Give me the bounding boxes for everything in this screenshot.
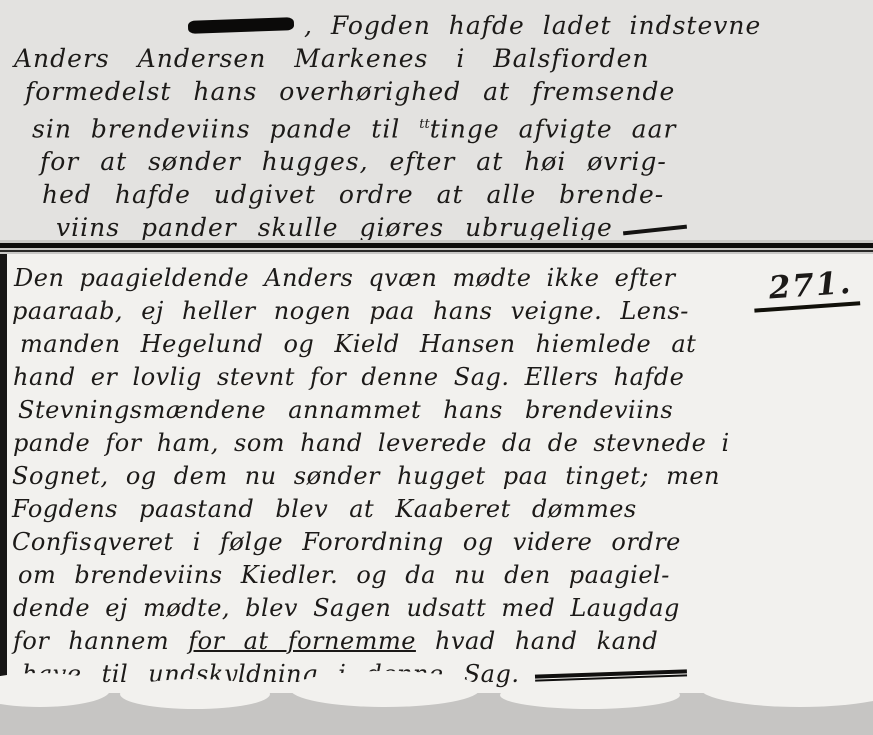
paper-edge-bump [500, 681, 680, 709]
handwriting-text: Sognet, og dem nu sønder hugget paa ting… [12, 462, 720, 490]
handwriting-line: om brendeviins Kiedler. og da nu den paa… [12, 559, 867, 592]
handwriting-text: for at sønder hugges, efter at høi øvrig… [40, 147, 667, 176]
handwriting-text: hand er lovlig stevnt for denne Sag. Ell… [13, 363, 684, 391]
handwriting-text: tinge afvigte aar [430, 114, 677, 143]
top-page-fragment: , Fogden hafde ladet indstevne Anders An… [0, 0, 873, 240]
handwriting-line: for at sønder hugges, efter at høi øvrig… [10, 145, 865, 178]
handwriting-text: hed hafde udgivet ordre at alle brende- [42, 180, 664, 209]
paper-edge-bump [700, 669, 873, 707]
manuscript-scan: , Fogden hafde ladet indstevne Anders An… [0, 0, 873, 735]
handwriting-line: dende ej mødte, blev Sagen udsatt med La… [12, 592, 867, 625]
handwriting-text: for hannem [13, 627, 188, 655]
handwriting-text: viins pander skulle giøres ubrugelige [56, 213, 613, 242]
handwriting-line: sin brendeviins pande til tttinge afvigt… [10, 108, 865, 145]
handwriting-line: Fogdens paastand blev at Kaaberet dømmes [12, 493, 867, 526]
handwriting-line: Den paagieldende Anders qvæn mødte ikke … [12, 262, 867, 295]
paper-edge-bump [290, 671, 480, 707]
page-number: 271. [752, 264, 860, 312]
divider-thick-line [0, 243, 873, 248]
handwriting-text: dende ej mødte, blev Sagen udsatt med La… [13, 594, 680, 622]
handwriting-text: Stevningsmændene annammet hans brendevii… [18, 396, 673, 424]
handwriting-text: formedelst hans overhørighed at fremsend… [25, 77, 675, 106]
handwriting-text: Den paagieldende Anders qvæn mødte ikke … [14, 264, 676, 292]
handwriting-text: Fogdens paastand blev at Kaaberet dømmes [12, 495, 637, 523]
handwriting-line: Sognet, og dem nu sønder hugget paa ting… [12, 460, 867, 493]
handwriting-line: Anders Andersen Markenes i Balsfiorden [10, 42, 865, 75]
divider-thin-line [0, 250, 873, 252]
handwriting-line: , Fogden hafde ladet indstevne [10, 9, 865, 42]
superscript-annotation: tt [419, 117, 429, 132]
handwriting-text: , Fogden hafde ladet indstevne [304, 9, 761, 42]
section-divider-rule [0, 240, 873, 254]
handwriting-text: om brendeviins Kiedler. og da nu den paa… [18, 561, 670, 589]
handwriting-line: manden Hegelund og Kield Hansen hiemlede… [12, 328, 867, 361]
handwriting-text: Anders Andersen Markenes i Balsfiorden [14, 44, 650, 73]
handwriting-text: paaraab, ej heller nogen paa hans veigne… [12, 297, 689, 325]
pen-flourish [623, 224, 687, 235]
handwriting-line: hed hafde udgivet ordre at alle brende- [10, 178, 865, 211]
handwriting-line: Stevningsmændene annammet hans brendevii… [12, 394, 867, 427]
handwriting-line: pande for ham, som hand leverede da de s… [12, 427, 867, 460]
handwriting-text: manden Hegelund og Kield Hansen hiemlede… [20, 330, 696, 358]
handwriting-line: formedelst hans overhørighed at fremsend… [10, 75, 865, 108]
handwriting-line: Confisqveret i følge Forordning og vider… [12, 526, 867, 559]
handwriting-text: hvad hand kand [416, 627, 658, 655]
handwriting-text: pande for ham, som hand leverede da de s… [13, 429, 730, 457]
page-left-edge-line [0, 254, 7, 692]
handwriting-line: hand er lovlig stevnt for denne Sag. Ell… [12, 361, 867, 394]
ink-stroke-mark [188, 17, 294, 34]
torn-paper-edge [0, 693, 873, 735]
framed-record-page: 271. Den paagieldende Anders qvæn mødte … [0, 254, 873, 735]
paper-edge-bump [0, 673, 110, 707]
underlined-phrase: for at fornemme [188, 627, 416, 655]
end-flourish-mark [535, 669, 687, 681]
paper-edge-bump [120, 679, 270, 709]
handwriting-line: for hannem for at fornemme hvad hand kan… [12, 625, 867, 658]
handwriting-line: paaraab, ej heller nogen paa hans veigne… [12, 295, 867, 328]
handwriting-text: Confisqveret i følge Forordning og vider… [12, 528, 681, 556]
handwriting-text: sin brendeviins pande til [32, 114, 419, 143]
